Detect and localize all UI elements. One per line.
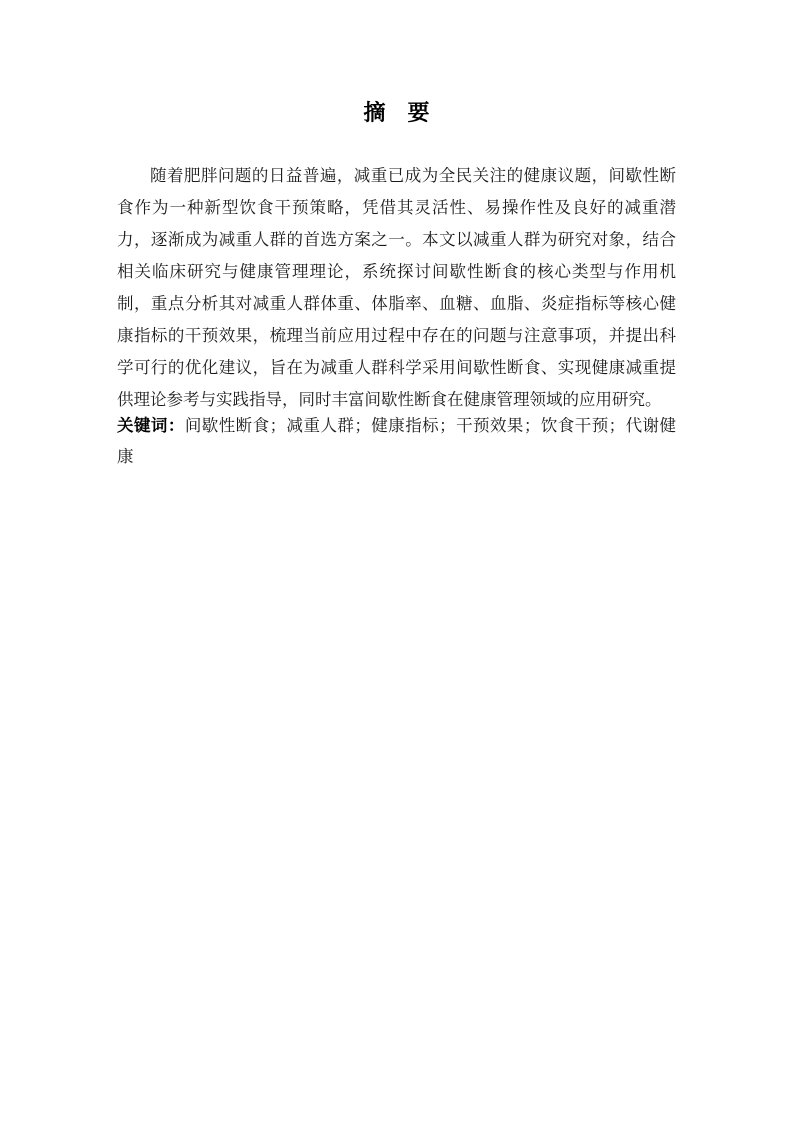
document-page: 摘 要 随着肥胖问题的日益普遍，减重已成为全民关注的健康议题，间歇性断食作为一种… bbox=[0, 0, 793, 1122]
keywords-text: 间歇性断食；减重人群；健康指标；干预效果；饮食干预；代谢健康 bbox=[117, 416, 676, 466]
abstract-title: 摘 要 bbox=[0, 101, 793, 125]
abstract-paragraph: 随着肥胖问题的日益普遍，减重已成为全民关注的健康议题，间歇性断食作为一种新型饮食… bbox=[117, 160, 676, 416]
keywords-label: 关键词： bbox=[117, 416, 185, 435]
keywords-line: 关键词：间歇性断食；减重人群；健康指标；干预效果；饮食干预；代谢健康 bbox=[117, 410, 676, 472]
